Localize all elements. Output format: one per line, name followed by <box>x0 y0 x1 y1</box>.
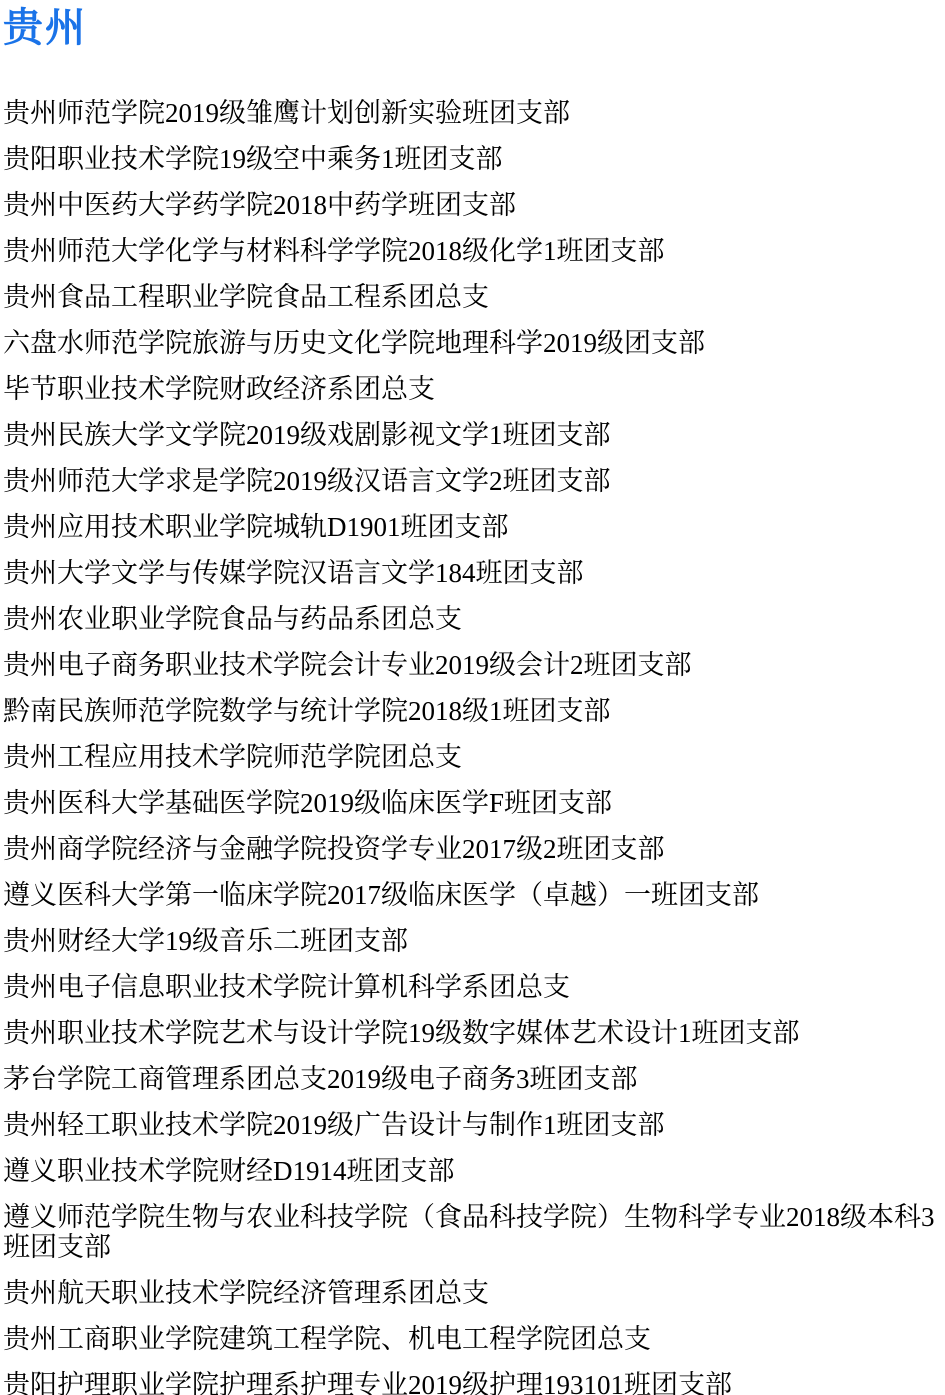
list-item: 贵州职业技术学院艺术与设计学院19级数字媒体艺术设计1班团支部 <box>3 1018 945 1048</box>
branch-list: 贵州师范学院2019级雏鹰计划创新实验班团支部 贵阳职业技术学院19级空中乘务1… <box>3 98 945 1395</box>
list-item: 贵州轻工职业技术学院2019级广告设计与制作1班团支部 <box>3 1110 945 1140</box>
list-item: 贵州电子信息职业技术学院计算机科学系团总支 <box>3 972 945 1002</box>
list-item: 贵州民族大学文学院2019级戏剧影视文学1班团支部 <box>3 420 945 450</box>
list-item: 贵州中医药大学药学院2018中药学班团支部 <box>3 190 945 220</box>
list-item: 贵州师范大学化学与材料科学学院2018级化学1班团支部 <box>3 236 945 266</box>
list-item: 贵阳护理职业学院护理系护理专业2019级护理193101班团支部 <box>3 1370 945 1395</box>
list-item: 六盘水师范学院旅游与历史文化学院地理科学2019级团支部 <box>3 328 945 358</box>
list-item: 贵州大学文学与传媒学院汉语言文学184班团支部 <box>3 558 945 588</box>
list-item: 遵义师范学院生物与农业科技学院（食品科技学院）生物科学专业2018级本科3班团支… <box>3 1202 945 1262</box>
list-item: 茅台学院工商管理系团总支2019级电子商务3班团支部 <box>3 1064 945 1094</box>
list-item: 贵州航天职业技术学院经济管理系团总支 <box>3 1278 945 1308</box>
list-item: 黔南民族师范学院数学与统计学院2018级1班团支部 <box>3 696 945 726</box>
document-page: 贵州 贵州师范学院2019级雏鹰计划创新实验班团支部 贵阳职业技术学院19级空中… <box>0 4 945 1395</box>
list-item: 贵州工商职业学院建筑工程学院、机电工程学院团总支 <box>3 1324 945 1354</box>
list-item: 贵州工程应用技术学院师范学院团总支 <box>3 742 945 772</box>
list-item: 贵州农业职业学院食品与药品系团总支 <box>3 604 945 634</box>
list-item: 贵州财经大学19级音乐二班团支部 <box>3 926 945 956</box>
list-item: 贵州医科大学基础医学院2019级临床医学F班团支部 <box>3 788 945 818</box>
list-item: 贵州食品工程职业学院食品工程系团总支 <box>3 282 945 312</box>
list-item: 毕节职业技术学院财政经济系团总支 <box>3 374 945 404</box>
list-item: 贵州应用技术职业学院城轨D1901班团支部 <box>3 512 945 542</box>
list-item: 遵义医科大学第一临床学院2017级临床医学（卓越）一班团支部 <box>3 880 945 910</box>
page-title: 贵州 <box>3 4 945 52</box>
list-item: 遵义职业技术学院财经D1914班团支部 <box>3 1156 945 1186</box>
list-item: 贵州师范大学求是学院2019级汉语言文学2班团支部 <box>3 466 945 496</box>
list-item: 贵州师范学院2019级雏鹰计划创新实验班团支部 <box>3 98 945 128</box>
list-item: 贵州电子商务职业技术学院会计专业2019级会计2班团支部 <box>3 650 945 680</box>
list-item: 贵州商学院经济与金融学院投资学专业2017级2班团支部 <box>3 834 945 864</box>
list-item: 贵阳职业技术学院19级空中乘务1班团支部 <box>3 144 945 174</box>
